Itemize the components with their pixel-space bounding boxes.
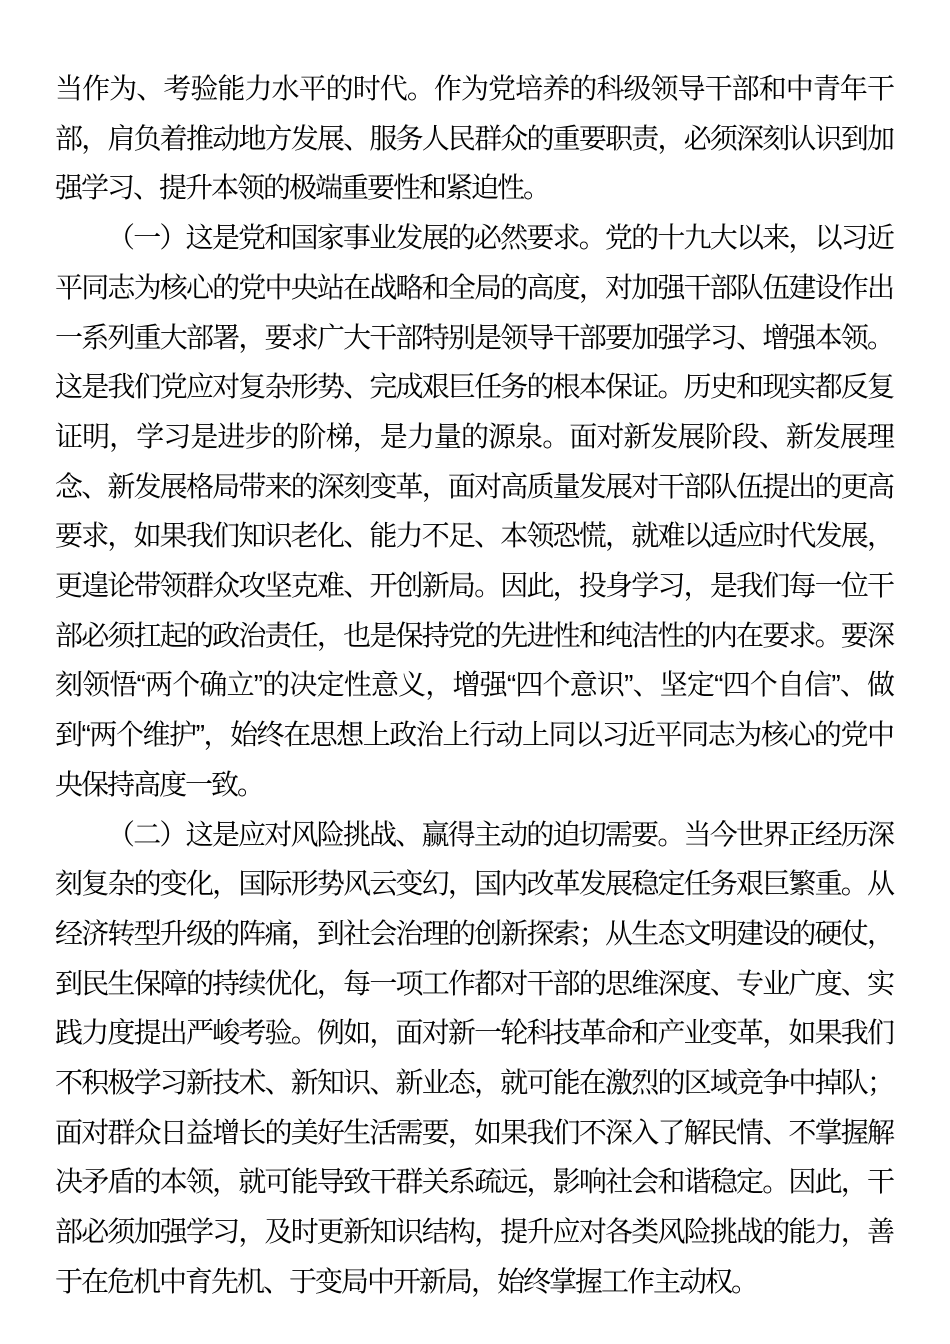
paragraph-point-two: （二）这是应对风险挑战、赢得主动的迫切需要。当今世界正经历深刻复杂的变化，国际形… [55,810,893,1307]
paragraph-point-one: （一）这是党和国家事业发展的必然要求。党的十九大以来，以习近平同志为核心的党中央… [55,213,893,809]
document-page: 当作为、考验能力水平的时代。作为党培养的科级领导干部和中青年干部，肩负着推动地方… [0,0,950,1344]
paragraph-continuation: 当作为、考验能力水平的时代。作为党培养的科级领导干部和中青年干部，肩负着推动地方… [55,64,893,213]
